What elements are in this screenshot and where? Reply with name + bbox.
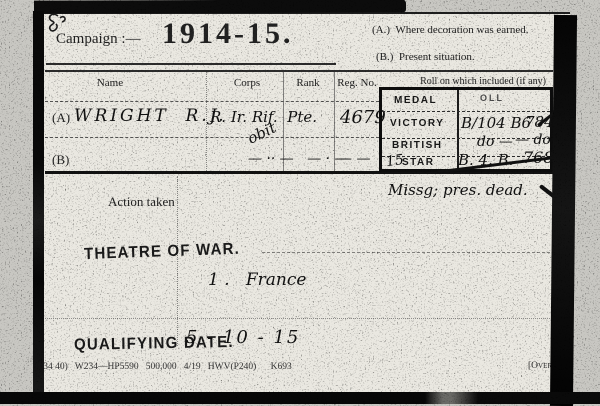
medal-row-line-1	[382, 111, 550, 112]
row-a-label: (A)	[52, 110, 70, 126]
row-b-reg-marks: — —	[338, 151, 370, 167]
medal-index-card-scan: Campaign :— 1914-15. (A.) Where decorati…	[0, 0, 600, 406]
mid-dotted-rule	[45, 318, 550, 319]
corps-rank-value: R. Ir. Rif. Pte.	[210, 108, 317, 126]
note-where-earned: (A.) Where decoration was earned.	[372, 24, 528, 36]
row-a-underline	[45, 137, 379, 138]
victory-roll-entry: B/104 B6	[461, 114, 531, 132]
form-print-code: (3 34 40) W234—HP5590 500,000 4/19 HWV(P…	[33, 362, 292, 372]
star-label: STAR	[402, 157, 434, 168]
theatre-of-war-value: 1 . France	[208, 270, 306, 290]
action-taken-label: Action taken	[108, 194, 175, 210]
scan-edge-bottom	[0, 392, 600, 404]
note-present-situation: (B.) Present situation.	[376, 51, 475, 63]
scan-edge-top	[34, 0, 406, 14]
row-b-label: (B)	[52, 152, 69, 168]
table-top-rule	[45, 70, 553, 72]
medal-label: MEDAL	[394, 95, 437, 106]
campaign-label: Campaign :—	[56, 31, 141, 48]
label-column-separator	[177, 176, 178, 346]
action-note: Missg; pres. dead.	[388, 181, 528, 199]
scan-edge-right	[550, 15, 577, 406]
british-label: BRITISH	[392, 140, 443, 151]
column-header-reg-no: Reg. No.	[334, 77, 380, 89]
qualifying-date-value: 5 - 10 - 15	[186, 327, 300, 348]
campaign-title: 1914-15.	[162, 17, 294, 51]
header-underline	[45, 101, 379, 102]
column-header-roll: Roll on which included (if any)	[408, 76, 558, 87]
scan-edge-left	[33, 11, 44, 393]
column-header-rank: Rank	[285, 77, 331, 89]
column-header-corps: Corps	[214, 77, 280, 89]
column-header-name: Name	[55, 77, 165, 89]
roll-column-header: OLL	[480, 93, 504, 103]
row-b-corps-marks: — ·· — — · —	[248, 151, 349, 167]
title-underline	[46, 63, 336, 65]
british-roll-entry: do —	[477, 134, 513, 150]
soldier-name: WRIGHT R.J.	[74, 106, 227, 126]
theatre-dashed-rule	[262, 252, 550, 253]
victory-label: VICTORY	[390, 118, 444, 129]
